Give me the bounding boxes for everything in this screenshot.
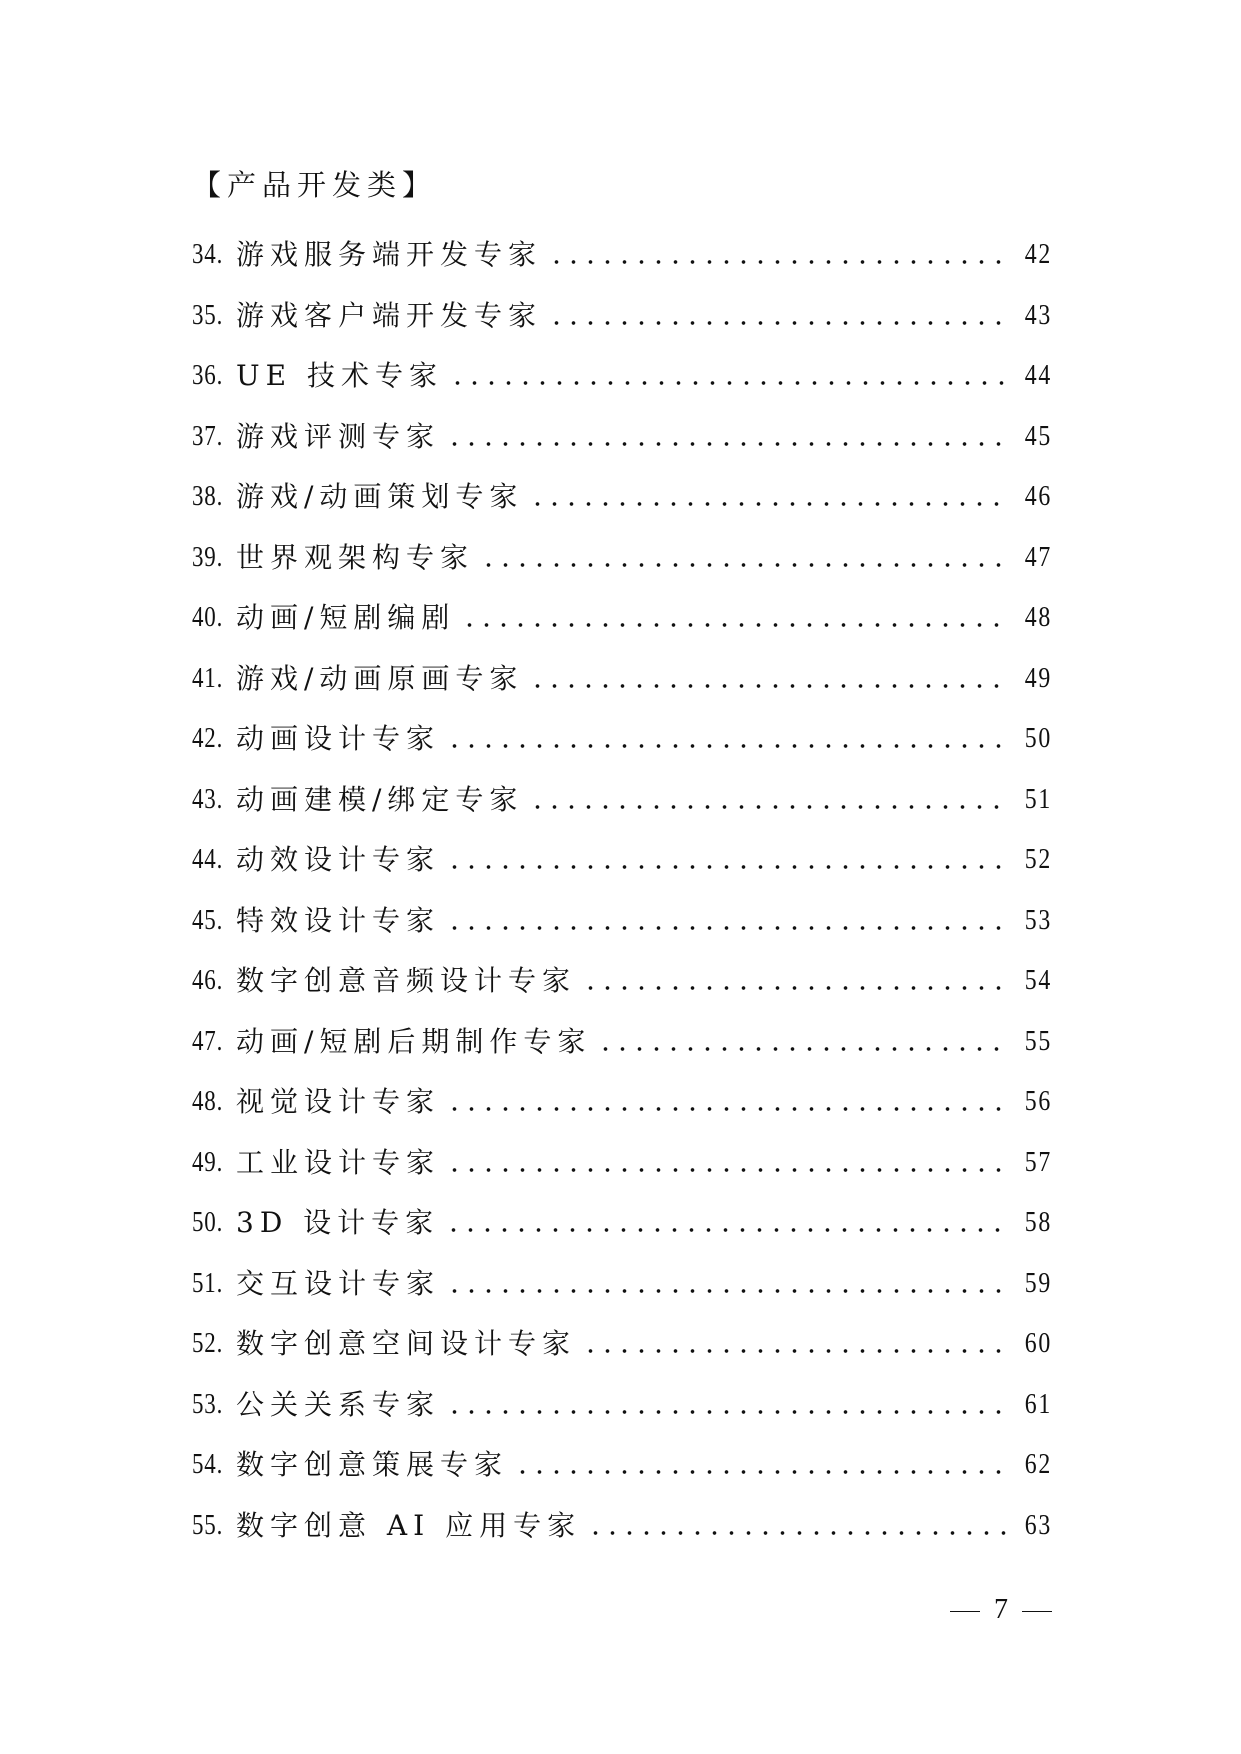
dot-leader xyxy=(587,1531,1008,1535)
toc-entry-title: 动画/短剧后期制作专家 xyxy=(236,1022,591,1062)
toc-entry-page: 46 xyxy=(1021,477,1052,517)
footer-dash-right xyxy=(1022,1611,1052,1613)
toc-entry-title: 动画建模/绑定专家 xyxy=(236,780,523,820)
toc-entry-number: 48. xyxy=(192,1082,228,1122)
toc-entry[interactable]: 38.游戏/动画策划专家46 xyxy=(192,467,1052,528)
toc-entry[interactable]: 45.特效设计专家53 xyxy=(192,891,1052,952)
toc-entry[interactable]: 40.动画/短剧编剧48 xyxy=(192,588,1052,649)
toc-entry[interactable]: 48.视觉设计专家56 xyxy=(192,1072,1052,1133)
toc-entry-number: 39. xyxy=(192,538,228,578)
toc-entry[interactable]: 34.游戏服务端开发专家42 xyxy=(192,225,1052,286)
toc-entry-number: 49. xyxy=(192,1143,228,1183)
toc-entry-page: 48 xyxy=(1021,598,1052,638)
toc-entry[interactable]: 41.游戏/动画原画专家49 xyxy=(192,649,1052,710)
toc-entry[interactable]: 54.数字创意策展专家62 xyxy=(192,1435,1052,1496)
toc-entry[interactable]: 44.动效设计专家52 xyxy=(192,830,1052,891)
toc-entry-page: 51 xyxy=(1021,780,1052,820)
toc-entry-title: 视觉设计专家 xyxy=(236,1082,440,1122)
toc-entry-number: 44. xyxy=(192,840,228,880)
toc-entry-page: 49 xyxy=(1021,659,1052,699)
toc-entry-page: 42 xyxy=(1021,235,1052,275)
toc-entry-title: 数字创意空间设计专家 xyxy=(236,1324,576,1364)
toc-entry-title: 动画设计专家 xyxy=(236,719,440,759)
toc-entry-number: 46. xyxy=(192,961,228,1001)
toc-entry-number: 37. xyxy=(192,417,228,457)
toc-entry[interactable]: 35.游戏客户端开发专家43 xyxy=(192,286,1052,347)
toc-entry-number: 47. xyxy=(192,1022,228,1062)
toc-entry-title: 游戏评测专家 xyxy=(236,417,440,457)
page-footer: 7 xyxy=(950,1590,1052,1630)
toc-entry-title: 游戏/动画原画专家 xyxy=(236,659,523,699)
dot-leader xyxy=(446,865,1008,869)
dot-leader xyxy=(446,442,1008,446)
toc-entry[interactable]: 50.3D 设计专家58 xyxy=(192,1193,1052,1254)
toc-entry-page: 57 xyxy=(1021,1143,1052,1183)
toc-entry-number: 42. xyxy=(192,719,228,759)
dot-leader xyxy=(449,381,1008,385)
toc-entry-page: 59 xyxy=(1021,1264,1052,1304)
toc-entry[interactable]: 46.数字创意音频设计专家54 xyxy=(192,951,1052,1012)
toc-entry-title: 3D 设计专家 xyxy=(236,1203,439,1243)
toc-entry-page: 62 xyxy=(1021,1445,1052,1485)
dot-leader xyxy=(461,623,1008,627)
dot-leader xyxy=(529,805,1008,809)
toc-entry-page: 44 xyxy=(1021,356,1052,396)
toc-entry-number: 54. xyxy=(192,1445,228,1485)
toc-entry-page: 43 xyxy=(1021,296,1052,336)
dot-leader xyxy=(514,1470,1008,1474)
footer-dash-left xyxy=(950,1611,980,1613)
section-heading: 【产品开发类】 xyxy=(192,163,437,207)
toc-entry[interactable]: 42.动画设计专家50 xyxy=(192,709,1052,770)
dot-leader xyxy=(446,1168,1008,1172)
dot-leader xyxy=(446,1107,1008,1111)
toc-entry-number: 53. xyxy=(192,1385,228,1425)
toc-entry-page: 50 xyxy=(1021,719,1052,759)
toc-entry-number: 38. xyxy=(192,477,228,517)
toc-entry[interactable]: 53.公关关系专家61 xyxy=(192,1375,1052,1436)
toc-entry-page: 53 xyxy=(1021,901,1052,941)
toc-entry-title: 工业设计专家 xyxy=(236,1143,440,1183)
toc-entry-page: 63 xyxy=(1021,1506,1052,1546)
dot-leader xyxy=(445,1228,1008,1232)
dot-leader xyxy=(548,321,1008,325)
dot-leader xyxy=(529,684,1008,688)
toc-entry[interactable]: 39.世界观架构专家47 xyxy=(192,528,1052,589)
toc-entry-number: 43. xyxy=(192,780,228,820)
toc-entry[interactable]: 55.数字创意 AI 应用专家63 xyxy=(192,1496,1052,1557)
toc-entry-title: 游戏客户端开发专家 xyxy=(236,296,542,336)
dot-leader xyxy=(529,502,1008,506)
table-of-contents: 34.游戏服务端开发专家4235.游戏客户端开发专家4336.UE 技术专家44… xyxy=(192,225,1052,1556)
toc-entry[interactable]: 52.数字创意空间设计专家60 xyxy=(192,1314,1052,1375)
toc-entry[interactable]: 43.动画建模/绑定专家51 xyxy=(192,770,1052,831)
toc-entry-page: 45 xyxy=(1021,417,1052,457)
toc-entry-title: 游戏/动画策划专家 xyxy=(236,477,523,517)
toc-entry-number: 50. xyxy=(192,1203,228,1243)
toc-entry-number: 51. xyxy=(192,1264,228,1304)
toc-entry-number: 34. xyxy=(192,235,228,275)
dot-leader xyxy=(548,260,1008,264)
dot-leader xyxy=(480,563,1008,567)
toc-entry-number: 45. xyxy=(192,901,228,941)
toc-entry-number: 40. xyxy=(192,598,228,638)
toc-entry-title: 动效设计专家 xyxy=(236,840,440,880)
toc-entry-title: 数字创意策展专家 xyxy=(236,1445,508,1485)
toc-entry-page: 55 xyxy=(1021,1022,1052,1062)
toc-entry-number: 35. xyxy=(192,296,228,336)
toc-entry-page: 52 xyxy=(1021,840,1052,880)
toc-entry-title: 世界观架构专家 xyxy=(236,538,474,578)
toc-entry-number: 36. xyxy=(192,356,228,396)
dot-leader xyxy=(446,1410,1008,1414)
toc-entry[interactable]: 47.动画/短剧后期制作专家55 xyxy=(192,1012,1052,1073)
toc-entry-title: 交互设计专家 xyxy=(236,1264,440,1304)
toc-entry-title: 动画/短剧编剧 xyxy=(236,598,455,638)
toc-entry[interactable]: 51.交互设计专家59 xyxy=(192,1254,1052,1315)
toc-entry-title: 游戏服务端开发专家 xyxy=(236,235,542,275)
dot-leader xyxy=(446,1289,1008,1293)
toc-entry-page: 56 xyxy=(1021,1082,1052,1122)
toc-entry-page: 47 xyxy=(1021,538,1052,578)
toc-entry-title: 数字创意音频设计专家 xyxy=(236,961,576,1001)
page-number: 7 xyxy=(994,1590,1008,1630)
toc-entry-title: UE 技术专家 xyxy=(236,356,443,396)
dot-leader xyxy=(582,1349,1008,1353)
dot-leader xyxy=(582,986,1008,990)
toc-entry-page: 54 xyxy=(1021,961,1052,1001)
dot-leader xyxy=(446,744,1008,748)
toc-entry-title: 数字创意 AI 应用专家 xyxy=(236,1506,581,1546)
toc-entry-title: 公关关系专家 xyxy=(236,1385,440,1425)
toc-entry-number: 52. xyxy=(192,1324,228,1364)
document-page: 【产品开发类】 34.游戏服务端开发专家4235.游戏客户端开发专家4336.U… xyxy=(0,0,1241,1754)
toc-entry-page: 60 xyxy=(1021,1324,1052,1364)
toc-entry[interactable]: 37.游戏评测专家45 xyxy=(192,407,1052,468)
toc-entry-title: 特效设计专家 xyxy=(236,901,440,941)
toc-entry[interactable]: 36.UE 技术专家44 xyxy=(192,346,1052,407)
dot-leader xyxy=(597,1047,1008,1051)
toc-entry-page: 58 xyxy=(1021,1203,1052,1243)
toc-entry-number: 41. xyxy=(192,659,228,699)
toc-entry-page: 61 xyxy=(1021,1385,1052,1425)
toc-entry[interactable]: 49.工业设计专家57 xyxy=(192,1133,1052,1194)
dot-leader xyxy=(446,926,1008,930)
toc-entry-number: 55. xyxy=(192,1506,228,1546)
